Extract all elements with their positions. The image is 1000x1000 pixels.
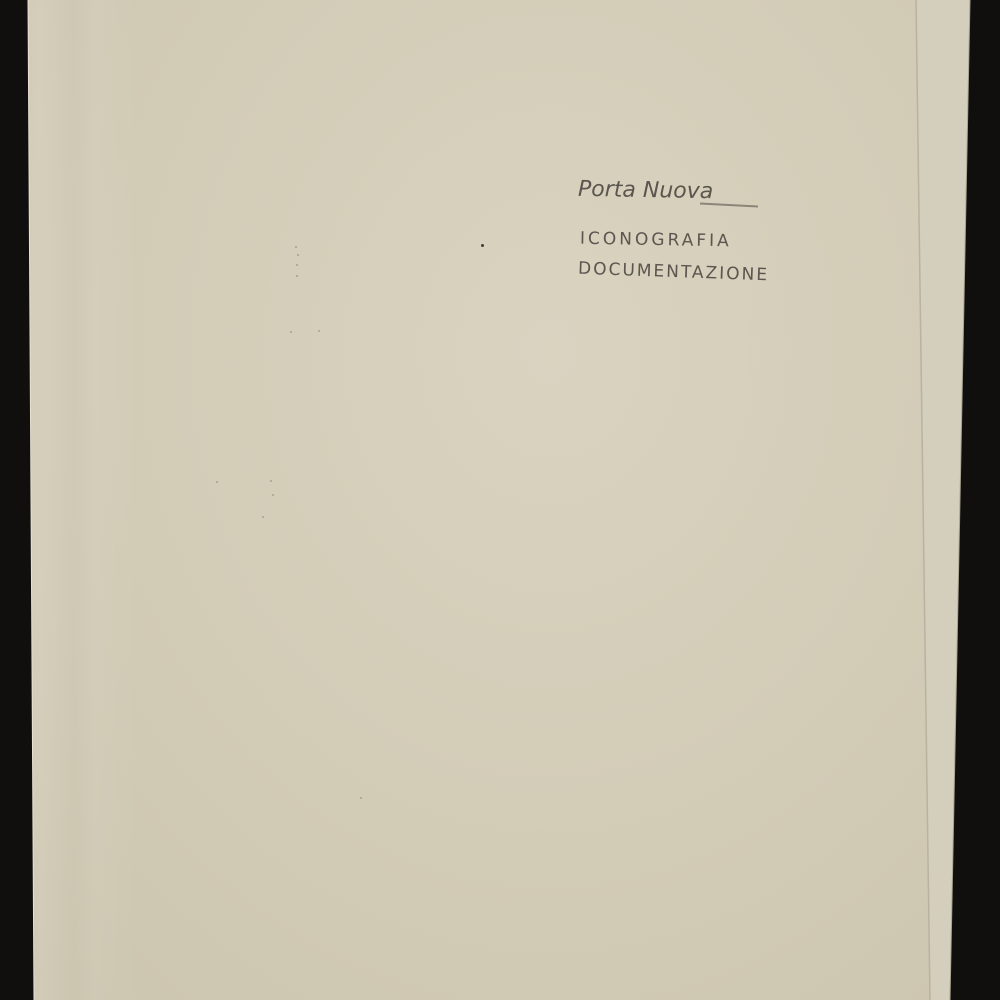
bleed-mark bbox=[272, 494, 274, 496]
bleed-mark bbox=[216, 481, 218, 483]
bleed-mark bbox=[295, 246, 297, 248]
bleed-mark bbox=[360, 797, 362, 799]
handwritten-line-iconografia: ICONOGRAFIA bbox=[580, 229, 732, 252]
front-sheet bbox=[0, 0, 1000, 1000]
bleed-mark bbox=[318, 330, 320, 332]
bleed-mark bbox=[297, 254, 299, 256]
bleed-mark bbox=[262, 516, 264, 518]
ink-speck bbox=[481, 244, 484, 247]
bleed-mark bbox=[296, 264, 298, 266]
bleed-mark bbox=[270, 480, 272, 482]
bleed-mark bbox=[296, 275, 298, 277]
scanned-document: Porta Nuova ICONOGRAFIA DOCUMENTAZIONE bbox=[0, 0, 1000, 1000]
bleed-mark bbox=[290, 331, 292, 333]
handwritten-title: Porta Nuova bbox=[578, 177, 714, 204]
